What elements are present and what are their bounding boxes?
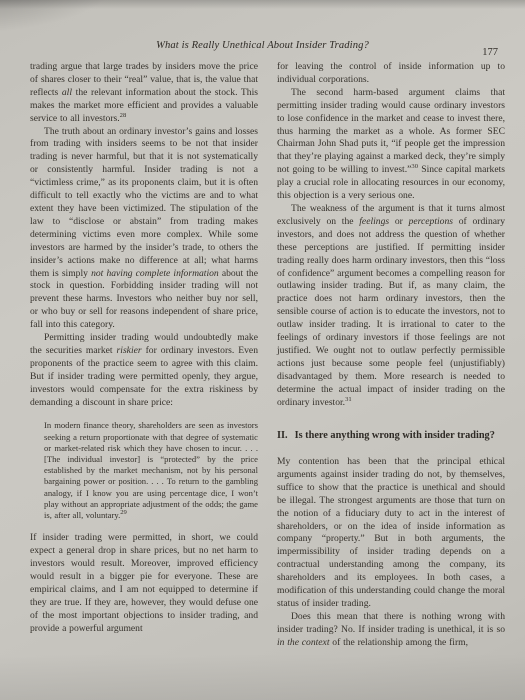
footnote-ref: 30 (411, 163, 418, 170)
text-segment: in the context (277, 637, 329, 648)
footnote-ref: 28 (120, 111, 127, 118)
text-segment: Does this mean that there is nothing wro… (277, 611, 505, 635)
text-segment: In modern finance theory, shareholders a… (44, 420, 258, 520)
left-column: trading argue that large trades by insid… (30, 61, 258, 650)
footnote-ref: 29 (120, 509, 127, 516)
paragraph: Does this mean that there is nothing wro… (277, 611, 505, 650)
paragraph: The weakness of the argument is that it … (277, 203, 505, 410)
text-segment: or (389, 216, 409, 227)
text-segment: not having complete information (91, 268, 219, 279)
section-title: Is there anything wrong with insider tra… (295, 429, 495, 443)
paragraph: The second harm-based argument claims th… (277, 87, 505, 203)
text-segment: perceptions (409, 216, 453, 227)
text-columns: trading argue that large trades by insid… (30, 61, 505, 650)
book-page: What is Really Unethical About Insider T… (0, 0, 525, 700)
text-segment: riskier (117, 345, 142, 356)
text-segment: of ordinary investors, and does not addr… (277, 216, 505, 408)
text-segment: The truth about an ordinary investor’s g… (30, 126, 258, 279)
text-segment: all (62, 87, 72, 98)
text-segment: feelings (359, 216, 389, 227)
section-number: II. (277, 429, 288, 443)
text-segment: of the relationship among the firm, (329, 637, 468, 648)
text-segment: The second harm-based argument claims th… (277, 87, 505, 175)
text-segment: My contention has been that the principa… (277, 456, 505, 609)
paragraph: My contention has been that the principa… (277, 456, 505, 611)
section-heading: II. Is there anything wrong with insider… (277, 429, 505, 443)
paragraph: If insider trading were permitted, in sh… (30, 532, 258, 635)
paragraph: The truth about an ordinary investor’s g… (30, 126, 258, 333)
right-column: for leaving the control of inside inform… (277, 61, 505, 650)
block-quote: In modern finance theory, shareholders a… (44, 420, 258, 521)
paragraph: for leaving the control of inside inform… (277, 61, 505, 87)
running-head: What is Really Unethical About Insider T… (0, 40, 525, 51)
page-number: 177 (482, 47, 498, 58)
footnote-ref: 31 (345, 395, 352, 402)
paragraph: Permitting insider trading would undoubt… (30, 332, 258, 409)
text-segment: for leaving the control of inside inform… (277, 61, 505, 85)
paragraph: trading argue that large trades by insid… (30, 61, 258, 126)
text-segment: If insider trading were permitted, in sh… (30, 532, 258, 633)
